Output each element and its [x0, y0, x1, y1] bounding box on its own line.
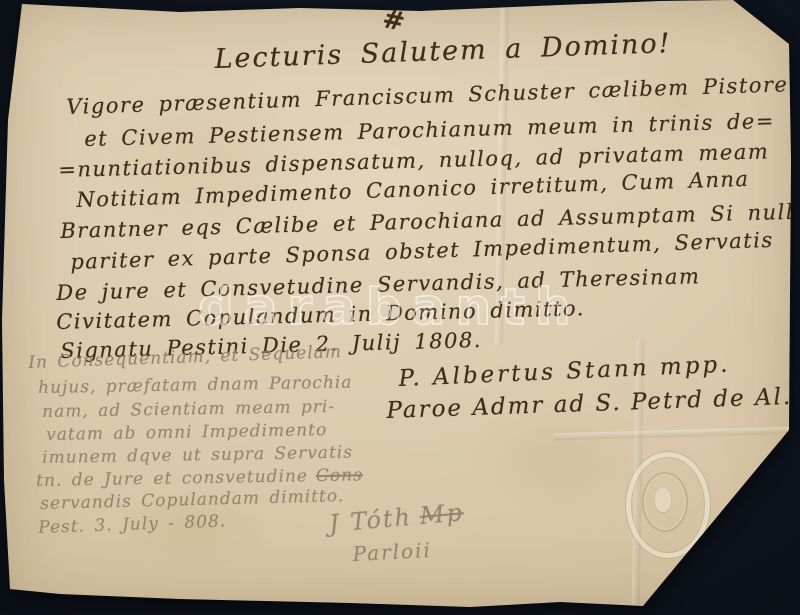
paper-shadow-wrap: # Lecturis Salutem a Domino! Vigore præs…: [0, 0, 800, 615]
toth-signature-role: Parloii: [352, 538, 432, 566]
embossed-seal-figure: [655, 488, 671, 512]
document-paper: # Lecturis Salutem a Domino! Vigore præs…: [0, 0, 800, 615]
watermark-text: darabanth: [198, 278, 581, 336]
toth-signature-struck-mark: Mp: [419, 498, 465, 530]
photo-background: # Lecturis Salutem a Domino! Vigore præs…: [0, 0, 800, 615]
struck-word: Cons: [316, 465, 363, 486]
